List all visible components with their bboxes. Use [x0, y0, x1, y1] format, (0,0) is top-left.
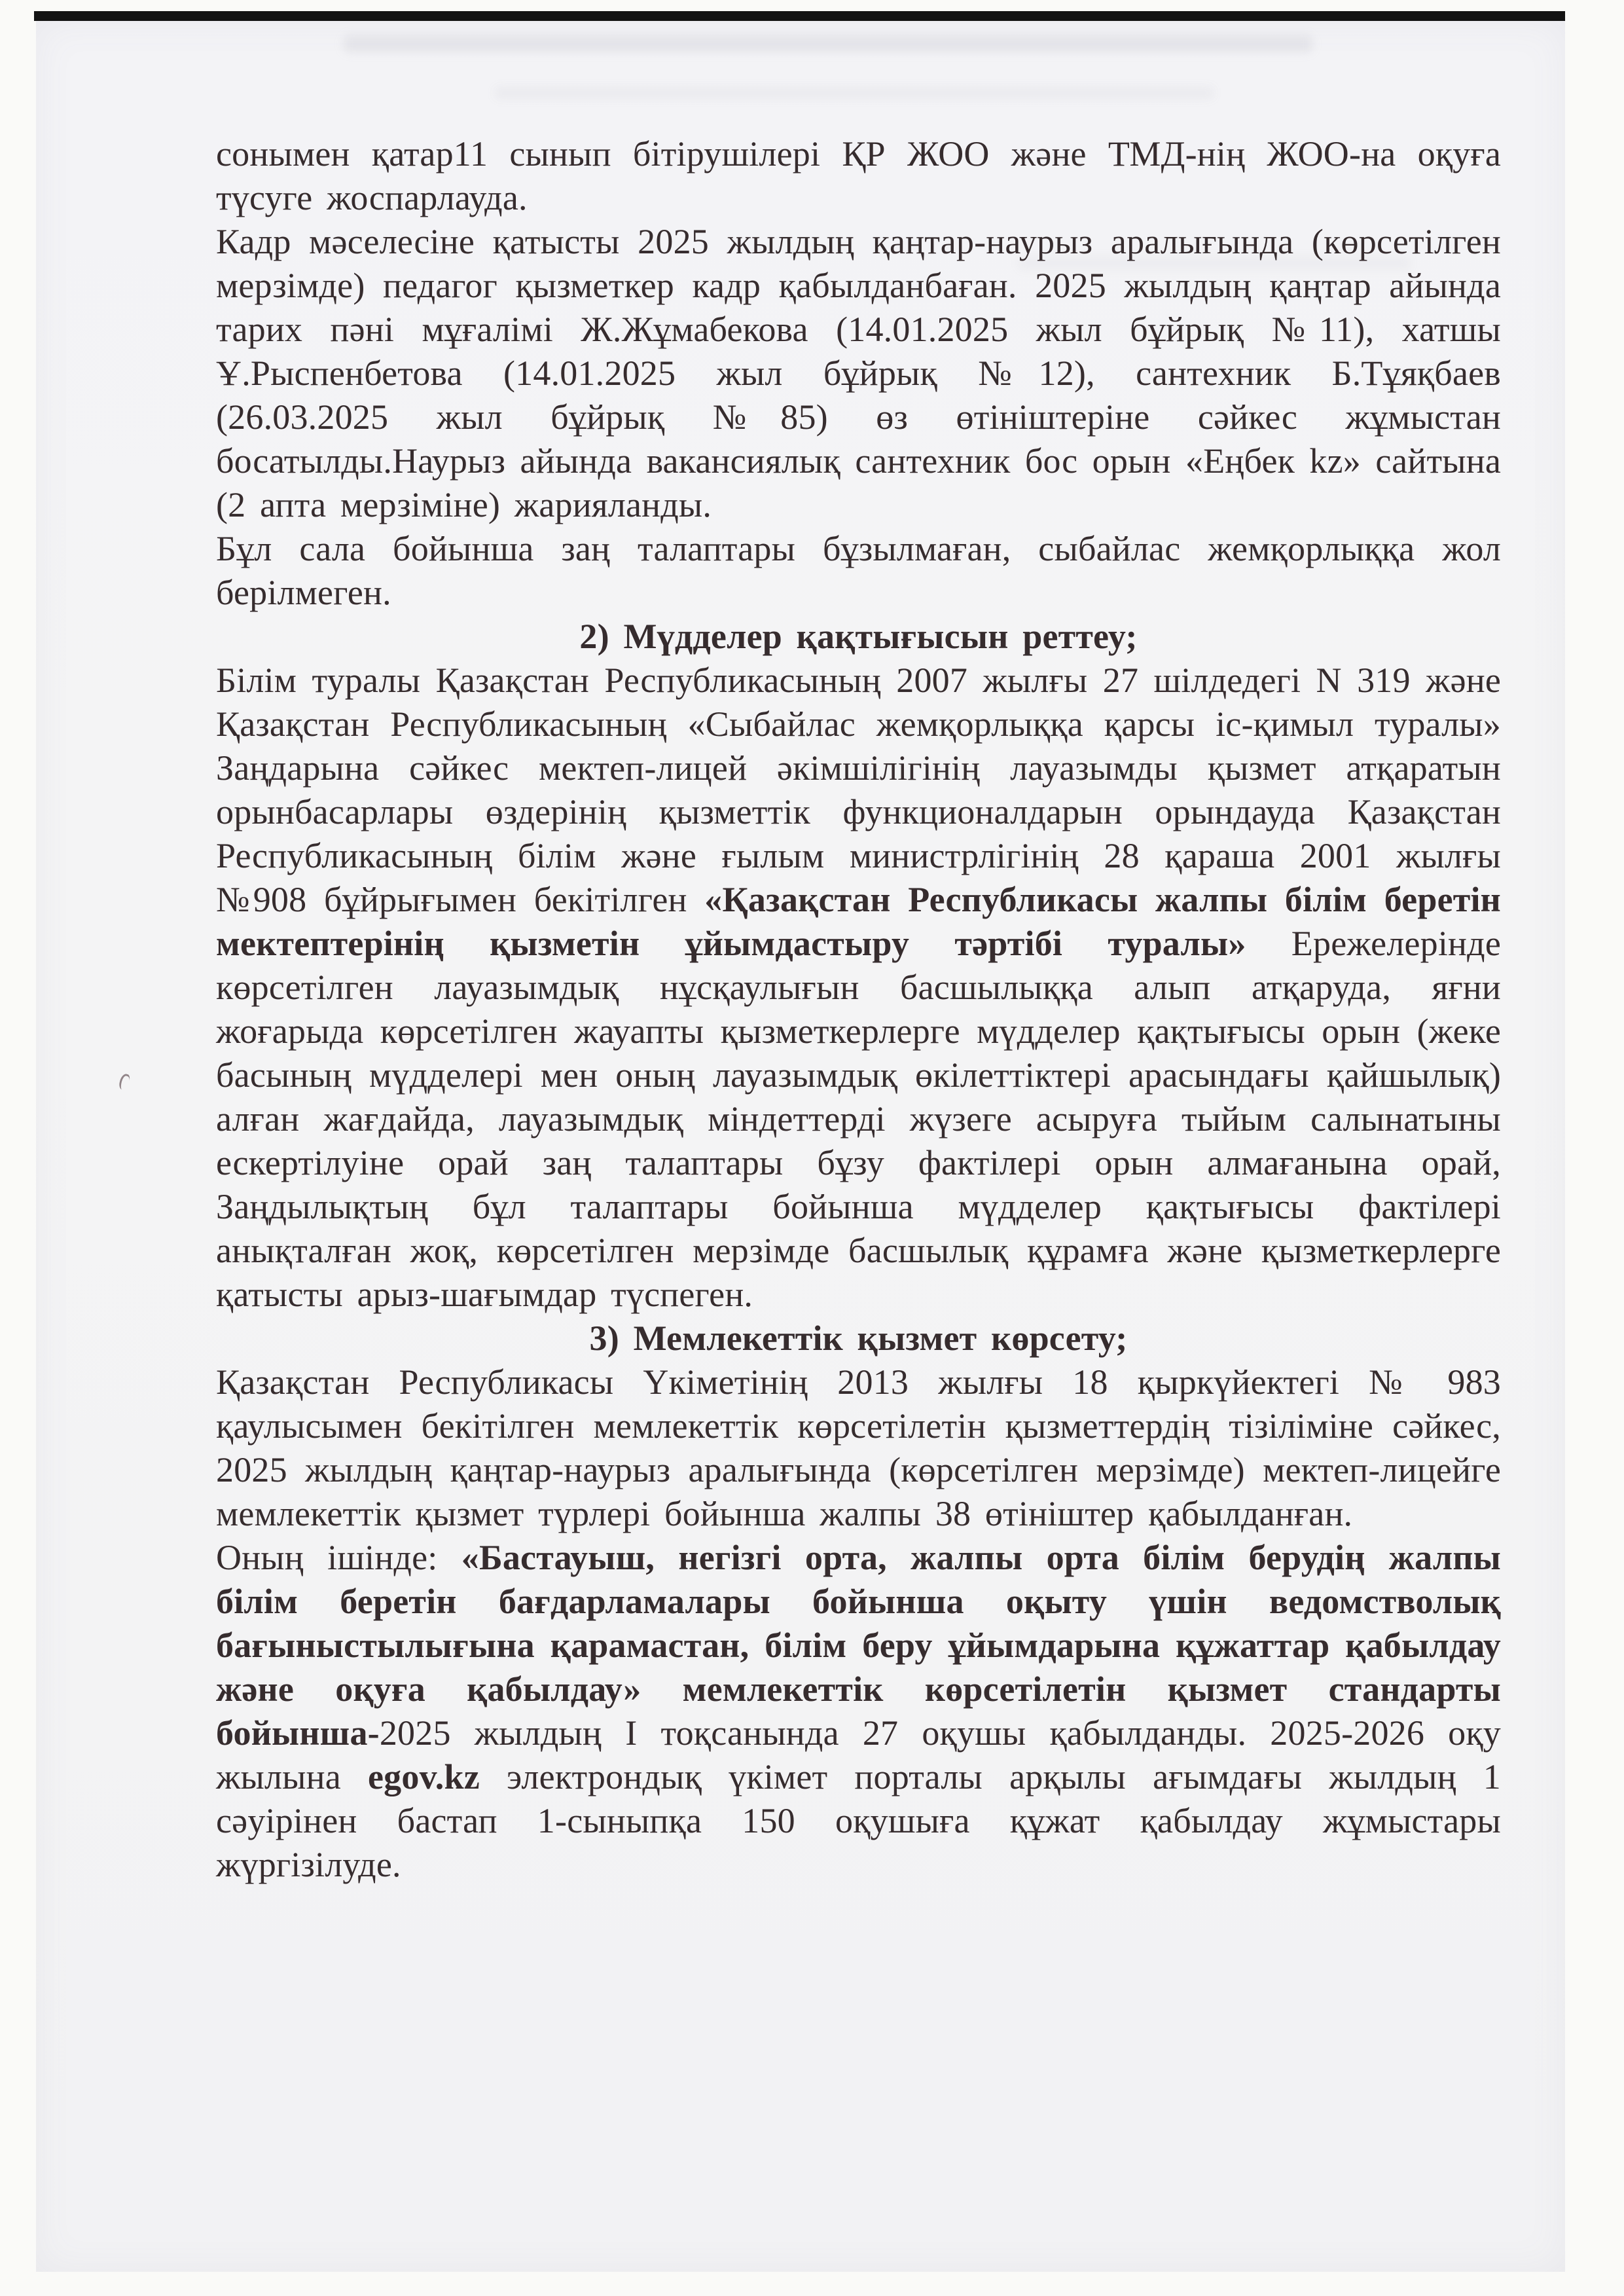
paragraph-text: Бұл сала бойынша заң талаптары бұзылмаға…	[216, 529, 1501, 612]
heading-text: 2) Мүдделер қақтығысын реттеу;	[579, 617, 1137, 656]
scan-bleedthrough-artifact	[494, 86, 1214, 100]
heading-text: 3) Мемлекеттік қызмет көрсету;	[590, 1319, 1128, 1358]
scan-bleedthrough-artifact	[344, 35, 1312, 52]
stray-pen-mark	[118, 1073, 131, 1091]
paragraph-text-bold: egov.kz	[368, 1757, 480, 1796]
paragraph-text: Оның ішінде:	[216, 1538, 461, 1577]
paper: сонымен қатар11 сынып бітірушілері ҚР ЖО…	[36, 21, 1565, 2272]
paragraph-services-registry: Қазақстан Республикасы Үкіметінің 2013 ж…	[216, 1360, 1501, 1536]
paragraph-graduates: сонымен қатар11 сынып бітірушілері ҚР ЖО…	[216, 132, 1501, 220]
paragraph-text: Қазақстан Республикасы Үкіметінің 2013 ж…	[216, 1362, 1501, 1533]
paragraph-admissions: Оның ішінде: «Бастауыш, негізгі орта, жа…	[216, 1536, 1501, 1887]
document-body: сонымен қатар11 сынып бітірушілері ҚР ЖО…	[216, 132, 1501, 1887]
heading-public-services: 3) Мемлекеттік қызмет көрсету;	[216, 1317, 1501, 1360]
paragraph-text: Кадр мәселесіне қатысты 2025 жылдың қаңт…	[216, 222, 1501, 524]
scanned-page: сонымен қатар11 сынып бітірушілері ҚР ЖО…	[0, 0, 1624, 2296]
paragraph-personnel: Кадр мәселесіне қатысты 2025 жылдың қаңт…	[216, 220, 1501, 527]
paragraph-text: Ережелерінде көрсетілген лауазымдық нұсқ…	[216, 924, 1501, 1314]
heading-conflict-of-interest: 2) Мүдделер қақтығысын реттеу;	[216, 615, 1501, 659]
paragraph-education-law: Білім туралы Қазақстан Республикасының 2…	[216, 659, 1501, 1317]
scan-top-edge	[34, 11, 1565, 21]
paragraph-no-violations: Бұл сала бойынша заң талаптары бұзылмаға…	[216, 527, 1501, 615]
paragraph-text: сонымен қатар11 сынып бітірушілері ҚР ЖО…	[216, 134, 1501, 217]
